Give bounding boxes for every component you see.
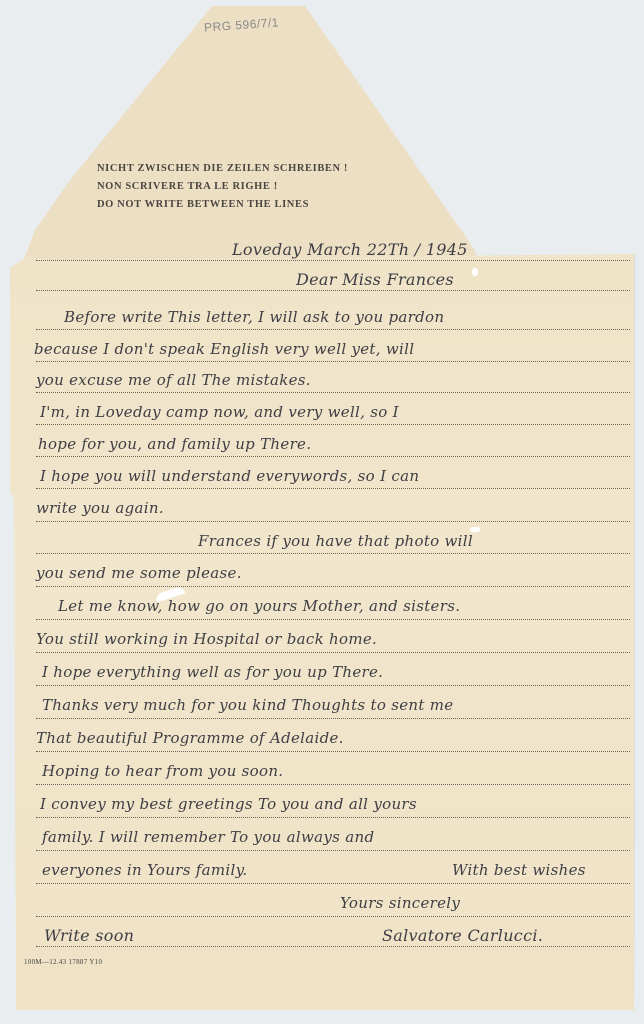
letter-line: Thanks very much for you kind Thoughts t… [42, 696, 453, 714]
ruled-line [36, 784, 630, 785]
ruled-line [36, 424, 630, 425]
letter-line: I convey my best greetings To you and al… [40, 795, 417, 813]
letter-salutation: Dear Miss Frances [296, 270, 454, 289]
printer-code: 100M—12.43 17887 Y10 [24, 958, 102, 966]
ruled-line [36, 817, 630, 818]
letter-signature: Salvatore Carlucci. [382, 926, 543, 945]
ruled-line [36, 586, 630, 587]
letter-line: Let me know, how go on yours Mother, and… [58, 597, 460, 615]
paper-tear [472, 268, 478, 276]
letter-paper: PRG 596/7/1 NICHT ZWISCHEN DIE ZEILEN SC… [0, 0, 644, 1024]
ruled-line [36, 685, 630, 686]
letter-line: I hope you will understand everywords, s… [40, 467, 419, 485]
letter-line: Frances if you have that photo will [198, 532, 473, 550]
letter-line: write you again. [36, 499, 164, 517]
ruled-line [36, 361, 630, 362]
ruled-line [36, 553, 630, 554]
ruled-line [36, 488, 630, 489]
letter-line: You still working in Hospital or back ho… [36, 630, 377, 648]
ruled-line [36, 718, 630, 719]
letter-postscript: Write soon [44, 926, 134, 945]
letter-line: you send me some please. [36, 564, 242, 582]
notice-german: NICHT ZWISCHEN DIE ZEILEN SCHREIBEN ! [97, 160, 348, 178]
ruled-line [36, 916, 630, 917]
ruled-line [36, 521, 630, 522]
ruled-line [36, 883, 630, 884]
ruled-line [36, 392, 630, 393]
letter-line: That beautiful Programme of Adelaide. [36, 729, 344, 747]
letter-line: Hoping to hear from you soon. [42, 762, 283, 780]
letter-line: I'm, in Loveday camp now, and very well,… [40, 403, 399, 421]
letter-closing: Yours sincerely [340, 894, 460, 912]
letter-valediction: With best wishes [452, 861, 586, 879]
ruled-line [36, 751, 630, 752]
letter-line: I hope everything well as for you up The… [42, 663, 383, 681]
printed-notice: NICHT ZWISCHEN DIE ZEILEN SCHREIBEN ! NO… [97, 160, 348, 214]
ruled-line [36, 652, 630, 653]
ruled-line [36, 619, 630, 620]
ruled-line [36, 260, 630, 261]
letter-line: because I don't speak English very well … [34, 340, 414, 358]
notice-english: DO NOT WRITE BETWEEN THE LINES [97, 196, 348, 214]
letter-line: you excuse me of all The mistakes. [36, 371, 311, 389]
letter-line: hope for you, and family up There. [38, 435, 311, 453]
notice-italian: NON SCRIVERE TRA LE RIGHE ! [97, 178, 348, 196]
ruled-line [36, 329, 630, 330]
letter-line: family. I will remember To you always an… [42, 828, 374, 846]
ruled-line [36, 456, 630, 457]
letter-line: everyones in Yours family. [42, 861, 247, 879]
letter-line: Before write This letter, I will ask to … [64, 308, 444, 326]
letter-dateline: Loveday March 22Th / 1945 [232, 240, 468, 259]
ruled-line [36, 850, 630, 851]
ruled-line [36, 946, 630, 947]
ruled-line [36, 290, 630, 291]
